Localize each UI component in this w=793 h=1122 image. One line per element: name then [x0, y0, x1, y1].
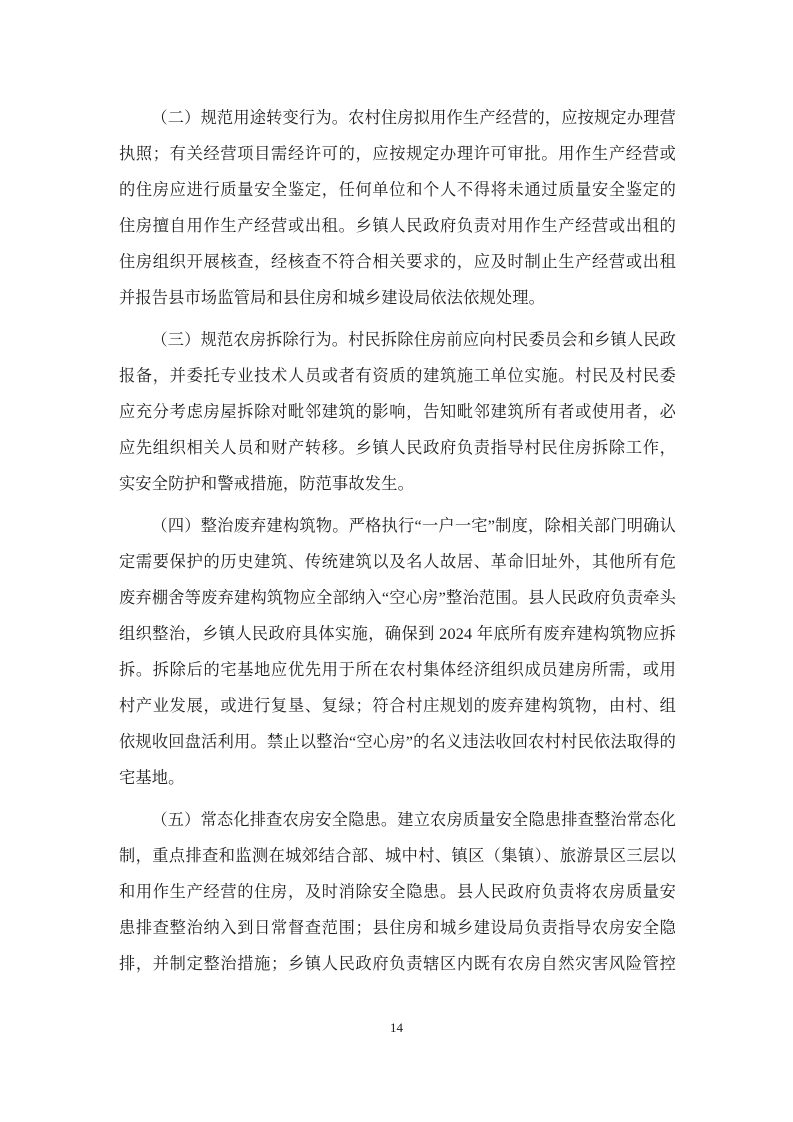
text-line: 拆。拆除后的宅基地应优先用于所在农村集体经济组织成员建房所需，或用于农 [119, 652, 676, 688]
text-line: 依规收回盘活利用。禁止以整治“空心房”的名义违法收回农村村民依法取得的 [119, 724, 676, 760]
paragraph: （三）规范农房拆除行为。村民拆除住房前应向村民委员会和乡镇人民政府报备，并委托专… [119, 322, 676, 502]
text-line: 执照；有关经营项目需经许可的，应按规定办理许可审批。用作生产经营或出租 [119, 136, 676, 172]
paragraph: （五）常态化排查农房安全隐患。建立农房质量安全隐患排查整治常态化机制，重点排查和… [119, 802, 676, 982]
text-line: 和用作生产经营的住房，及时消除安全隐患。县人民政府负责将农房质量安全隐 [119, 874, 676, 910]
text-line: 宅基地。 [119, 760, 676, 796]
text-line: 患排查整治纳入到日常督查范围；县住房和城乡建设局负责指导农房安全隐患摸 [119, 910, 676, 946]
text-line: 应充分考虑房屋拆除对毗邻建筑的影响，告知毗邻建筑所有者或使用者，必要时 [119, 394, 676, 430]
text-line: 住房组织开展核查，经核查不符合相关要求的，应及时制止生产经营或出租活动， [119, 244, 676, 280]
text-line: 实安全防护和警戒措施，防范事故发生。 [119, 466, 676, 502]
text-line: （五）常态化排查农房安全隐患。建立农房质量安全隐患排查整治常态化机 [119, 802, 676, 838]
document-page: （二）规范用途转变行为。农村住房拟用作生产经营的，应按规定办理营业执照；有关经营… [0, 0, 793, 1122]
text-line: （三）规范农房拆除行为。村民拆除住房前应向村民委员会和乡镇人民政府 [119, 322, 676, 358]
text-line: 废弃棚舍等废弃建构筑物应全部纳入“空心房”整治范围。县人民政府负责牵头 [119, 580, 676, 616]
paragraph: （二）规范用途转变行为。农村住房拟用作生产经营的，应按规定办理营业执照；有关经营… [119, 100, 676, 316]
document-body: （二）规范用途转变行为。农村住房拟用作生产经营的，应按规定办理营业执照；有关经营… [119, 100, 676, 988]
text-line: 村产业发展，或进行复垦、复绿；符合村庄规划的废弃建构筑物，由村、组依法 [119, 688, 676, 724]
text-line: 排，并制定整治措施；乡镇人民政府负责辖区内既有农房自然灾害风险管控和农 [119, 946, 676, 982]
text-line: 并报告县市场监管局和县住房和城乡建设局依法依规处理。 [119, 280, 676, 316]
page-number: 14 [0, 1020, 793, 1036]
text-line: 报备，并委托专业技术人员或者有资质的建筑施工单位实施。村民及村民委员会 [119, 358, 676, 394]
text-line: 的住房应进行质量安全鉴定，任何单位和个人不得将未通过质量安全鉴定的农村 [119, 172, 676, 208]
text-line: 定需要保护的历史建筑、传统建筑以及名人故居、革命旧址外，其他所有危旧房、 [119, 544, 676, 580]
text-line: 组织整治，乡镇人民政府具体实施，确保到 2024 年底所有废弃建构筑物应拆尽 [119, 616, 676, 652]
text-line: 应先组织相关人员和财产转移。乡镇人民政府负责指导村民住房拆除工作，并落 [119, 430, 676, 466]
text-line: （二）规范用途转变行为。农村住房拟用作生产经营的，应按规定办理营业 [119, 100, 676, 136]
text-line: （四）整治废弃建构筑物。严格执行“一户一宅”制度，除相关部门明确认 [119, 508, 676, 544]
text-line: 住房擅自用作生产经营或出租。乡镇人民政府负责对用作生产经营或出租的农村 [119, 208, 676, 244]
paragraph: （四）整治废弃建构筑物。严格执行“一户一宅”制度，除相关部门明确认定需要保护的历… [119, 508, 676, 796]
text-line: 制，重点排查和监测在城郊结合部、城中村、镇区（集镇）、旅游景区三层以上 [119, 838, 676, 874]
